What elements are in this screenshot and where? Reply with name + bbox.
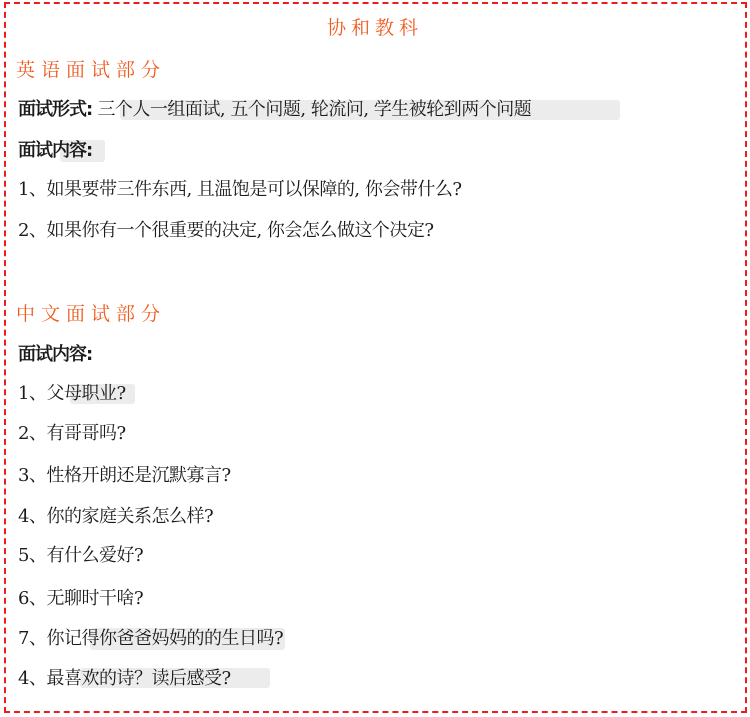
chinese-question-7: 7、你记得你爸爸妈妈的的生日吗? — [18, 626, 283, 652]
chinese-question-6: 6、无聊时干啥? — [18, 586, 143, 612]
chinese-question-3: 3、性格开朗还是沉默寡言? — [18, 463, 231, 489]
format-label: 面试形式: — [18, 99, 92, 120]
chinese-question-4: 4、你的家庭关系怎么样? — [18, 504, 213, 530]
chinese-content-label-line: 面试内容: — [18, 342, 92, 368]
chinese-question-2: 2、有哥哥吗? — [18, 421, 126, 447]
chinese-question-1: 1、父母职业? — [18, 381, 126, 407]
chinese-question-8: 4、最喜欢的诗？读后感受? — [18, 666, 231, 692]
english-content-label: 面试内容: — [18, 140, 92, 161]
english-question-1: 1、如果要带三件东西, 且温饱是可以保障的, 你会带什么? — [18, 177, 462, 203]
english-content-label-line: 面试内容: — [18, 138, 92, 164]
document-title: 协和教科 — [0, 16, 750, 40]
chinese-section-heading: 中文面试部分 — [16, 301, 166, 327]
english-section-heading: 英语面试部分 — [16, 57, 166, 83]
english-question-2: 2、如果你有一个很重要的决定, 你会怎么做这个决定? — [18, 218, 434, 244]
format-text: 三个人一组面试, 五个问题, 轮流问, 学生被轮到两个问题 — [97, 99, 531, 120]
chinese-content-label: 面试内容: — [18, 344, 92, 365]
interview-format-line: 面试形式: 三个人一组面试, 五个问题, 轮流问, 学生被轮到两个问题 — [18, 97, 531, 123]
chinese-question-5: 5、有什么爱好? — [18, 543, 143, 569]
